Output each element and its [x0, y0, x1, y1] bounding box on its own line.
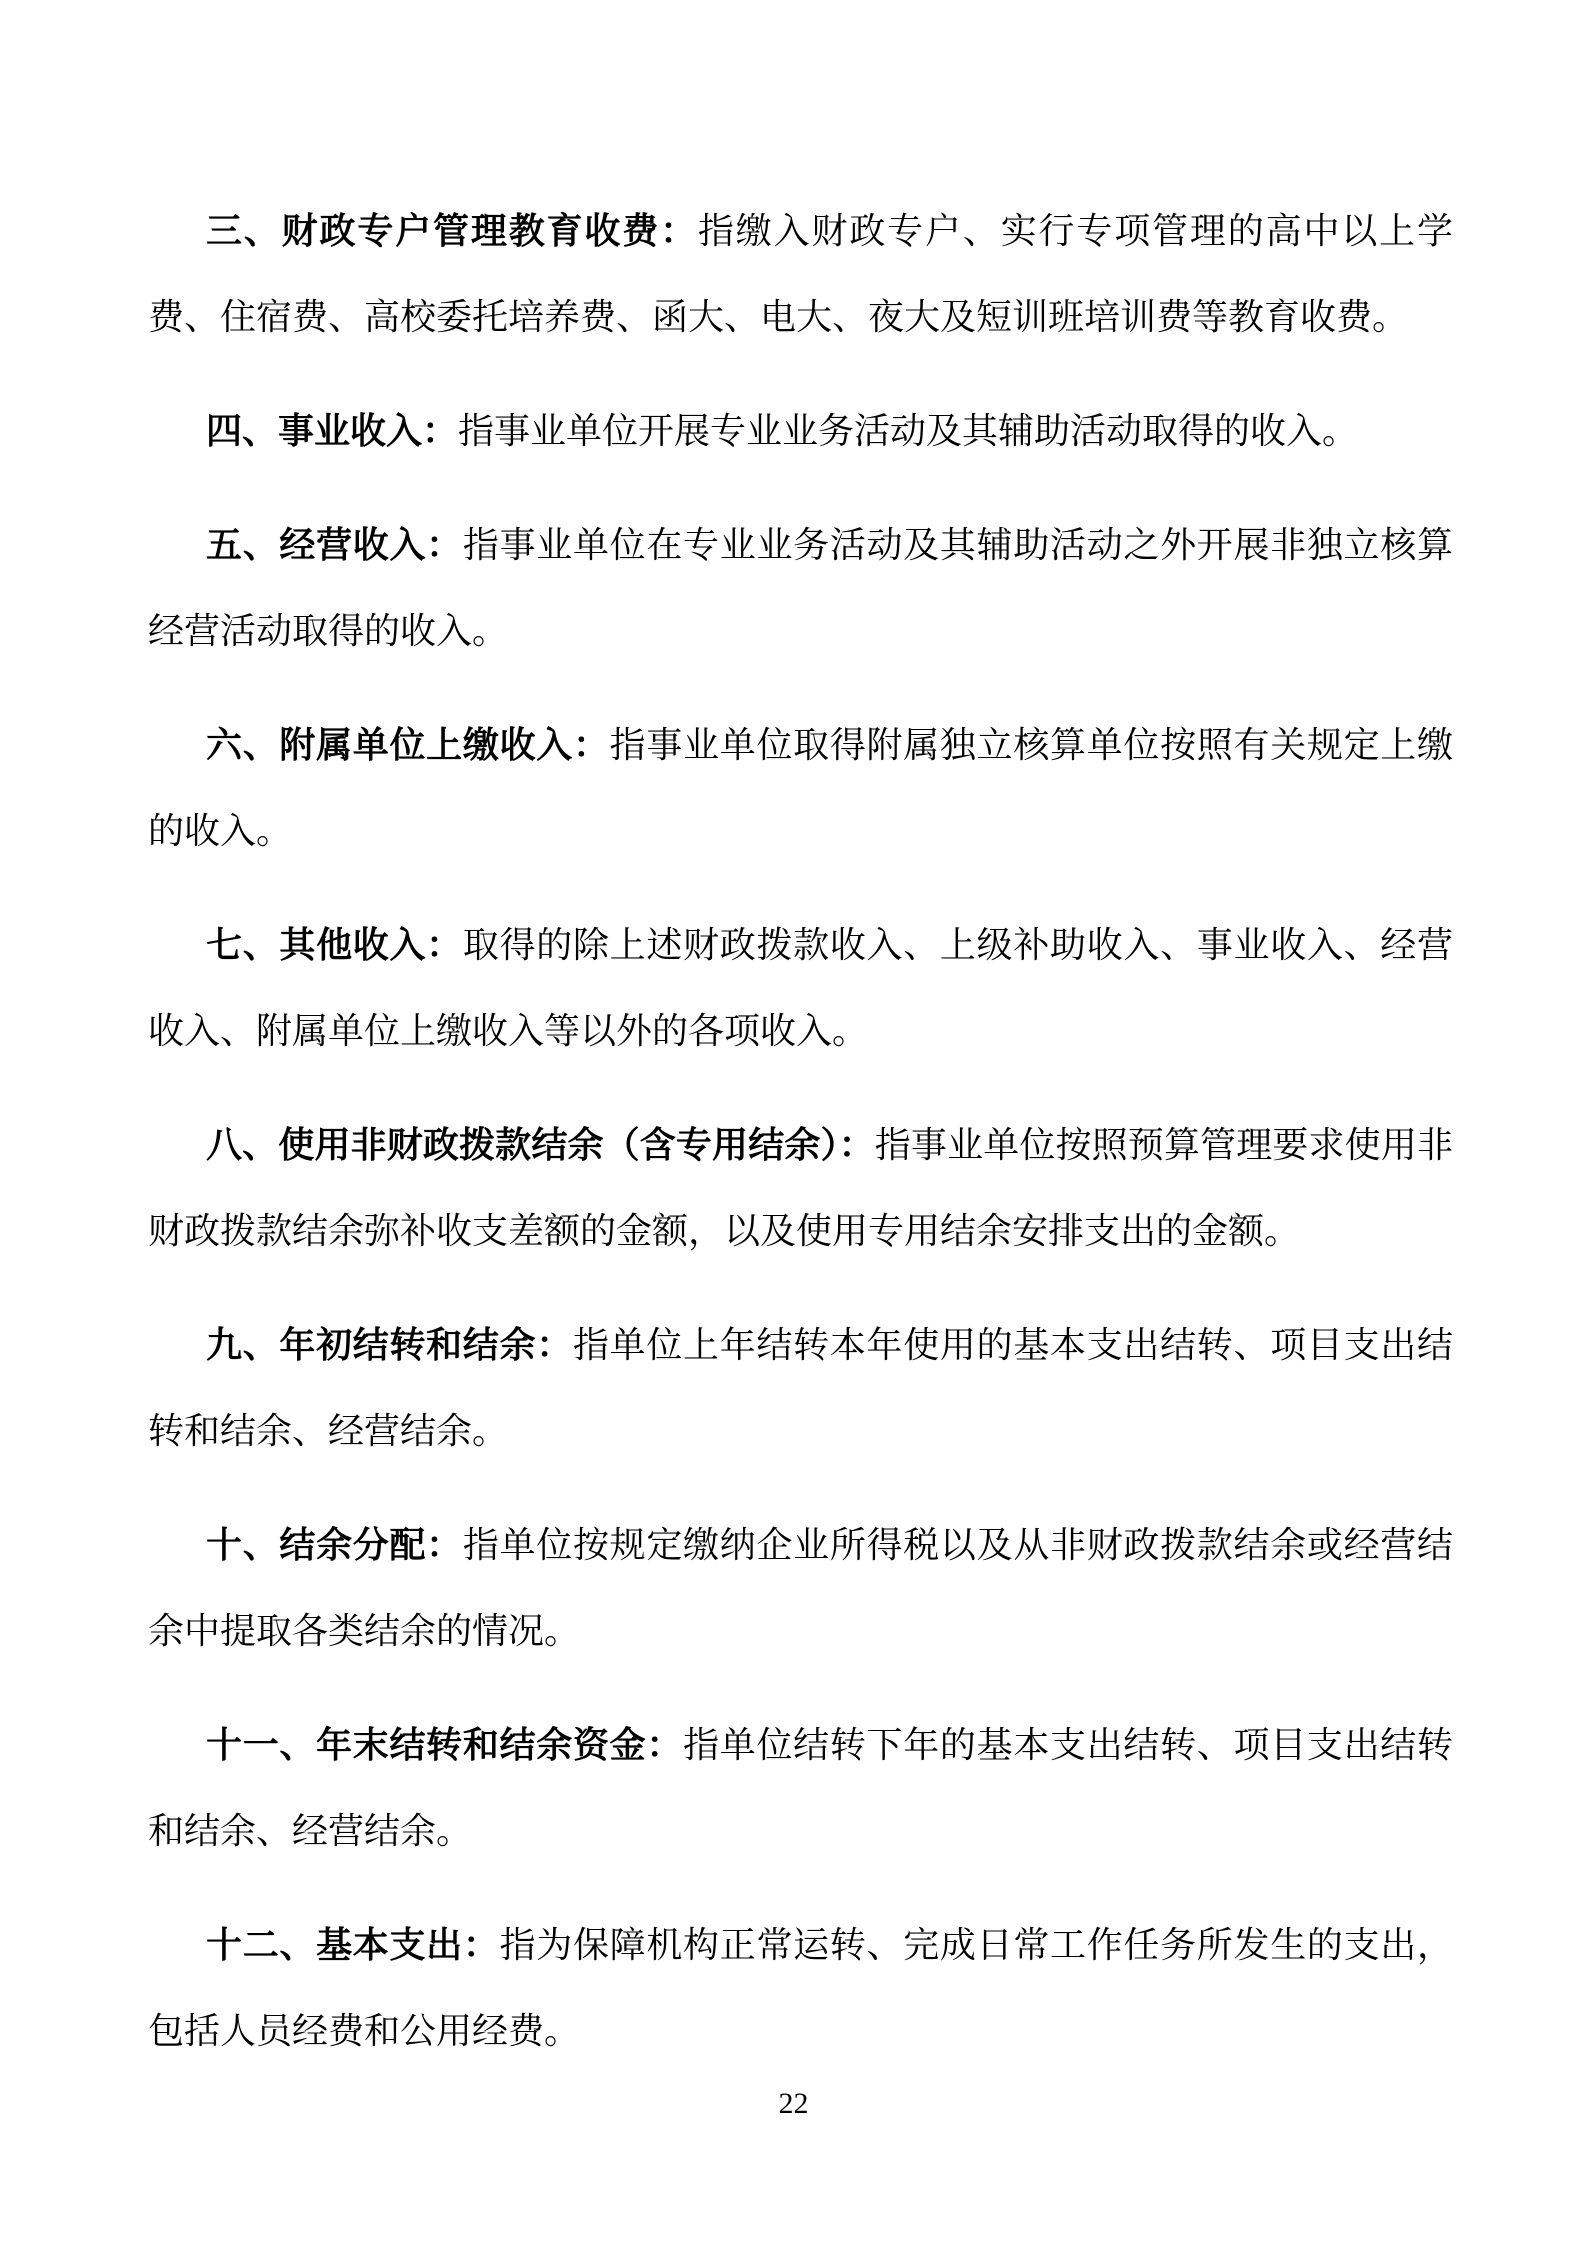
definition-paragraph: 九、年初结转和结余：指单位上年结转本年使用的基本支出结转、项目支出结转和结余、经…	[148, 1302, 1453, 1474]
definition-paragraph: 八、使用非财政拨款结余（含专用结余）：指事业单位按照预算管理要求使用非财政拨款结…	[148, 1102, 1453, 1274]
definition-paragraph: 四、事业收入：指事业单位开展专业业务活动及其辅助活动取得的收入。	[148, 388, 1453, 474]
definition-paragraph: 六、附属单位上缴收入：指事业单位取得附属独立核算单位按照有关规定上缴的收入。	[148, 702, 1453, 874]
term-label: 七、其他收入：	[206, 924, 463, 965]
definition-paragraph: 七、其他收入：取得的除上述财政拨款收入、上级补助收入、事业收入、经营收入、附属单…	[148, 902, 1453, 1074]
term-label: 五、经营收入：	[206, 524, 463, 565]
term-label: 六、附属单位上缴收入：	[206, 724, 610, 765]
definition-paragraph: 五、经营收入：指事业单位在专业业务活动及其辅助活动之外开展非独立核算经营活动取得…	[148, 502, 1453, 674]
definition-paragraph: 十一、年末结转和结余资金：指单位结转下年的基本支出结转、项目支出结转和结余、经营…	[148, 1702, 1453, 1874]
document-page: 三、财政专户管理教育收费：指缴入财政专户、实行专项管理的高中以上学费、住宿费、高…	[0, 0, 1587, 2245]
term-label: 八、使用非财政拨款结余（含专用结余）：	[206, 1124, 875, 1165]
term-label: 十一、年末结转和结余资金：	[206, 1724, 683, 1765]
document-body: 三、财政专户管理教育收费：指缴入财政专户、实行专项管理的高中以上学费、住宿费、高…	[0, 0, 1587, 2074]
definition-paragraph: 十二、基本支出：指为保障机构正常运转、完成日常工作任务所发生的支出，包括人员经费…	[148, 1902, 1453, 2074]
term-label: 三、财政专户管理教育收费：	[206, 210, 698, 251]
term-label: 十二、基本支出：	[206, 1924, 500, 1965]
definition-paragraph: 三、财政专户管理教育收费：指缴入财政专户、实行专项管理的高中以上学费、住宿费、高…	[148, 188, 1453, 360]
term-label: 十、结余分配：	[206, 1524, 463, 1565]
term-definition: 指事业单位开展专业业务活动及其辅助活动取得的收入。	[458, 411, 1358, 451]
term-label: 九、年初结转和结余：	[206, 1324, 573, 1365]
definition-paragraph: 十、结余分配：指单位按规定缴纳企业所得税以及从非财政拨款结余或经营结余中提取各类…	[148, 1502, 1453, 1674]
term-label: 四、事业收入：	[206, 410, 458, 451]
page-number: 22	[0, 2085, 1587, 2123]
